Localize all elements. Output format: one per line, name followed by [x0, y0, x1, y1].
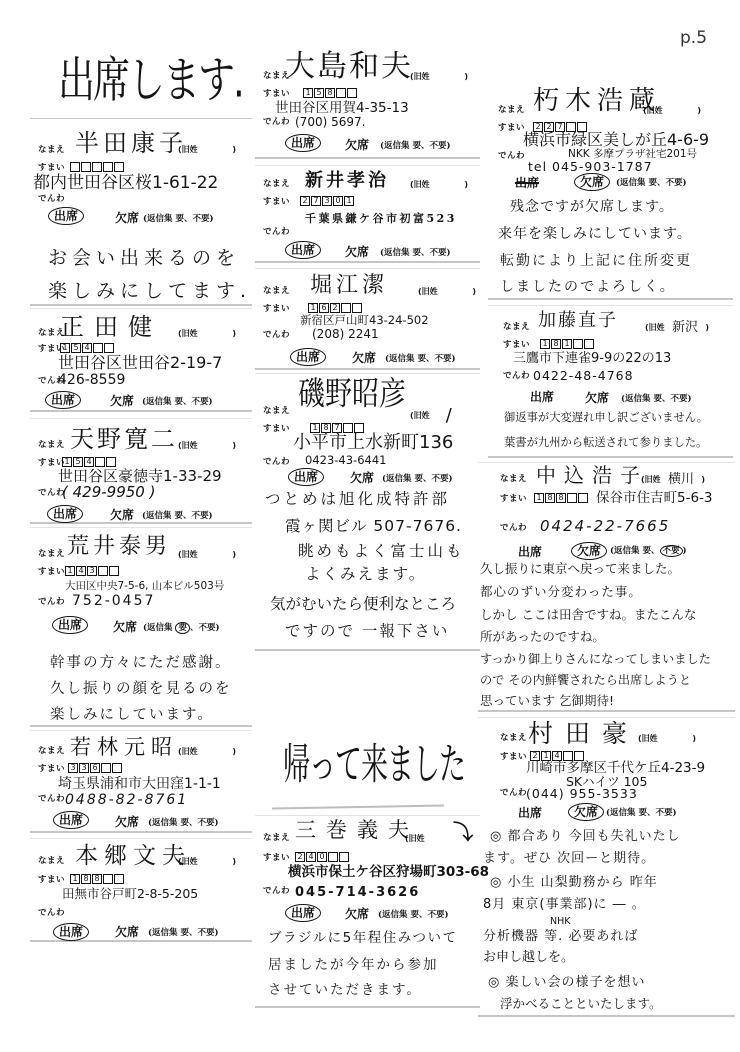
guest-name: 大島和夫: [285, 52, 413, 82]
rsvp-card: なまえ 村田豪 (旧姓) すまい 214 川崎市多摩区千代ケ丘4-23-9 SK…: [478, 717, 735, 1017]
guest-name: 本郷文夫: [75, 845, 191, 868]
maiden-name-field: (旧姓/: [410, 407, 468, 425]
rsvp-card: なまえ 中込浩子 (旧姓横川) すまい 188 保谷市住吉町5-6-3 でんわ …: [478, 462, 735, 712]
maiden-open-label: (旧姓: [410, 412, 430, 420]
maiden-close-label: ): [464, 181, 468, 189]
reply-separator: 、: [184, 214, 193, 224]
postal-digit: [98, 566, 108, 576]
maiden-open-label: (旧姓: [178, 551, 198, 559]
name-label: なまえ: [500, 734, 527, 743]
name-label: なまえ: [503, 323, 530, 332]
reply-yes: 要: [175, 622, 190, 634]
address-text: 世田谷区豪徳寺1-33-29: [58, 469, 222, 484]
absent-option: 欠席: [585, 391, 609, 405]
postal-digit: 1: [534, 493, 544, 503]
absent-option: 欠席: [110, 394, 134, 408]
reply-yes: 要: [410, 910, 419, 920]
attend-option: 出席: [515, 176, 539, 190]
postal-digit: 1: [60, 343, 70, 353]
reply-close: ): [215, 928, 219, 938]
maiden-name-field: (旧姓): [178, 146, 236, 154]
reply-prefix: (返信集: [142, 511, 174, 521]
message-line: 転勤により上記に住所変更: [500, 254, 692, 268]
postal-code-boxes: 188: [70, 874, 124, 884]
reply-preference: (返信集 要、不要): [143, 213, 214, 225]
reply-no: 不要: [432, 474, 449, 484]
guest-name: 若林元昭: [70, 737, 178, 758]
postal-digit: 6: [90, 763, 100, 773]
maiden-name-field: (旧姓): [410, 73, 468, 81]
attend-option: 出席: [290, 348, 326, 366]
postal-code-boxes: [70, 162, 124, 172]
guest-name: 新井孝治: [305, 172, 389, 190]
rsvp-card: なまえ 本郷文夫 (旧姓) すまい 188 田無市谷戸町2-8-5-205 でん…: [30, 838, 252, 942]
phone-text: 045-714-3626: [295, 886, 420, 899]
phone-text: 0422-48-4768: [533, 370, 634, 383]
absent-option: 欠席: [115, 925, 139, 939]
postal-digit: [573, 339, 583, 349]
rsvp-card: なまえ 堀江潔 (旧姓) すまい 162 新宿区戸山町43-24-502 でんわ…: [255, 268, 480, 370]
maiden-name-field: (旧姓: [405, 835, 435, 843]
heading-returned: 帰って来ました: [283, 744, 465, 787]
address-label: すまい: [498, 124, 525, 133]
maiden-close-label: ): [705, 324, 709, 332]
reply-separator: 、: [189, 818, 198, 828]
name-label: なまえ: [38, 550, 65, 559]
phone-label: でんわ: [498, 152, 525, 161]
reply-yes: 要: [180, 928, 189, 938]
reply-preference: (返信集 要、不要): [142, 510, 213, 522]
absent-option: 欠席: [110, 508, 134, 522]
reply-preference: (返信集 要、不要): [378, 909, 449, 921]
guest-name: 半田康子: [75, 131, 187, 155]
postal-code-boxes: 336: [68, 763, 122, 773]
reply-preference: (返信集 要、不要): [610, 545, 687, 557]
address-text: 世田谷区用賀4-35-13: [275, 102, 409, 116]
maiden-open-label: (旧姓: [178, 748, 198, 756]
maiden-name-field: (旧姓横川): [641, 473, 705, 486]
reply-close: ): [673, 808, 677, 818]
guest-name: 加藤直子: [538, 312, 618, 330]
address-text: 保谷市住吉町5-6-3: [596, 492, 713, 506]
phone-label: でんわ: [38, 195, 65, 204]
maiden-open-label: (旧姓: [418, 288, 438, 296]
maiden-open-label: (旧姓: [178, 858, 198, 866]
attend-option: 出席: [530, 390, 554, 404]
scanned-page: p.5 出席します. 帰って来ました なまえ 半田康子 (旧姓) すまい 都内世…: [0, 0, 740, 1052]
reply-yes: 要: [653, 394, 662, 404]
reply-preference: (返信集 要、不要): [382, 473, 453, 485]
reply-close: ): [449, 474, 453, 484]
reply-prefix: (返信集: [142, 397, 174, 407]
maiden-close-label: ): [232, 748, 236, 756]
reply-close: ): [447, 141, 451, 151]
reply-no: 不要: [428, 910, 445, 920]
address-label: すまい: [263, 90, 290, 99]
absent-option: 欠席: [568, 803, 604, 821]
phone-label: でんわ: [38, 598, 65, 607]
maiden-name-field: (旧姓): [178, 858, 236, 866]
postal-digit: 1: [540, 339, 550, 349]
rsvp-card: なまえ 三巻義夫 (旧姓 ⤵ すまい 240 横浜市保土ケ谷区狩場町303-68…: [255, 815, 480, 1008]
reply-separator: 、: [189, 928, 198, 938]
postal-digit: 2: [300, 196, 310, 206]
rsvp-card: なまえ 大島和夫 (旧姓) すまい 158 世田谷区用賀4-35-13 でんわ …: [255, 52, 480, 159]
message-line: ◎ 小生 山梨勤務から 昨年: [490, 876, 658, 889]
reply-prefix: (返信集: [382, 474, 414, 484]
reply-prefix: (返信集: [606, 808, 638, 818]
maiden-open-label: (旧姓: [638, 735, 658, 743]
postal-digit: 1: [308, 303, 318, 313]
reply-preference: (返信集 要、不要): [380, 247, 451, 259]
maiden-close-label: ): [464, 73, 468, 81]
address-text: 世田谷区世田谷2-19-7: [58, 355, 222, 371]
postal-digit: [103, 874, 113, 884]
postal-digit: 0: [333, 196, 343, 206]
phone-label: でんわ: [38, 795, 65, 804]
reply-close: ): [216, 623, 220, 633]
reply-preference: (返信集 要、不要): [142, 396, 213, 408]
guest-name: 中込浩子: [536, 465, 648, 485]
postal-digit: 1: [303, 88, 313, 98]
reply-close: ): [445, 910, 449, 920]
message-line: ですので 一報下さい: [285, 624, 449, 640]
message-line: 思っています 乞御期待!: [480, 695, 614, 708]
name-label: なまえ: [263, 407, 290, 416]
message-line: よくみえます。: [305, 567, 426, 583]
rsvp-card: なまえ 朽木浩蔵 (旧姓) すまい 227 横浜市緑区美しが丘4-6-9 でんわ…: [488, 88, 733, 300]
postal-digit: [578, 493, 588, 503]
attend-option: 出席: [285, 904, 321, 922]
message-line: ◎ 都合あり 今回も失礼いたし: [490, 830, 681, 843]
message-line: 分析機器 等. 必要あれば: [483, 930, 638, 943]
phone-label: でんわ: [263, 228, 290, 237]
reply-yes: 要: [417, 354, 426, 364]
address-text: 都内世田谷区桜1-61-22: [33, 175, 218, 192]
postal-digit: 3: [87, 566, 97, 576]
postal-digit: 1: [65, 566, 75, 576]
message-line: 楽しみにしています。: [50, 708, 214, 723]
message-line: ◎ 楽しい会の様子を想い: [488, 976, 645, 989]
address-text: 新宿区戸山町43-24-502: [300, 315, 429, 327]
address-label: すまい: [38, 876, 65, 885]
postal-digit: 3: [322, 196, 332, 206]
postal-digit: [341, 303, 351, 313]
message-line: つとめは旭化成特許部: [265, 492, 450, 508]
rsvp-card: なまえ 磯野昭彦 (旧姓/ すまい 187 小平市上水新町136 でんわ 042…: [255, 373, 480, 651]
postal-digit: 1: [562, 339, 572, 349]
reply-preference: (返信集 要、不要): [606, 807, 677, 819]
postal-digit: 4: [76, 566, 86, 576]
phone-label: でんわ: [500, 789, 527, 798]
rsvp-card: なまえ 荒井泰男 (旧姓) すまい 143 大田区中央7-5-6, 山本ビル50…: [30, 527, 252, 727]
maiden-open-label: (旧姓: [178, 442, 198, 450]
attend-option: 出席: [45, 391, 81, 409]
heading-underline: [272, 804, 444, 809]
phone-text: tel 045-903-1787: [528, 161, 653, 174]
reply-prefix: (返信集: [610, 546, 642, 556]
address-text: 田無市谷戸町2-8-5-205: [62, 888, 198, 901]
phone-text: ( 429-9950 ): [62, 485, 155, 500]
maiden-name-field: (旧姓): [643, 107, 701, 115]
postal-digit: 3: [79, 763, 89, 773]
message-line: 眺めもよく富士山も: [298, 544, 465, 560]
postal-digit: 0: [317, 852, 327, 862]
guest-name: 天野寛二: [70, 427, 178, 451]
reply-separator: 、: [421, 141, 430, 151]
reply-prefix: (返信集: [380, 141, 412, 151]
absent-option: 欠席: [345, 245, 369, 259]
postal-digit: [70, 162, 80, 172]
maiden-name-field: (旧姓): [410, 181, 468, 189]
reply-close: ): [210, 214, 214, 224]
name-label: なまえ: [38, 441, 65, 450]
maiden-close-label: ): [232, 858, 236, 866]
postal-digit: 3: [68, 763, 78, 773]
reply-close: ): [683, 546, 687, 556]
guest-name: 三巻義夫: [295, 820, 419, 841]
arrow-mark: ⤵: [453, 822, 473, 842]
address-label: すまい: [503, 341, 530, 350]
postal-code-boxes: 188: [534, 493, 588, 503]
reply-separator: 、: [657, 178, 666, 188]
address-text: 千葉県鎌ケ谷市初富523: [305, 213, 457, 224]
postal-digit: 4: [306, 852, 316, 862]
postal-digit: 1: [344, 196, 354, 206]
name-label: なまえ: [500, 475, 527, 484]
reply-preference: (返信集 要、不要): [621, 393, 692, 405]
reply-prefix: (返信集: [378, 910, 410, 920]
message-line: すっかり御上りさんになってしまいました: [480, 653, 711, 665]
reply-yes: 要: [414, 474, 423, 484]
maiden-close-label: ): [701, 476, 705, 484]
phone-label: でんわ: [263, 118, 290, 127]
phone-text: 426-8559: [58, 373, 125, 387]
address-label: すまい: [500, 495, 527, 504]
postal-digit: [328, 852, 338, 862]
absent-option: 欠席: [571, 542, 607, 560]
message-line: しかし ここは田舎ですね。またこんな: [480, 609, 696, 622]
address-note: NKK 多摩プラザ社宅201号: [568, 149, 697, 160]
postal-code-boxes: 158: [303, 88, 357, 98]
postal-digit: [584, 339, 594, 349]
address-label: すまい: [263, 198, 290, 207]
reply-prefix: (返信集: [143, 214, 175, 224]
maiden-name-value: /: [430, 407, 468, 425]
postal-digit: 8: [545, 493, 555, 503]
name-label: なまえ: [263, 180, 290, 189]
phone-text: (700) 5697.: [295, 116, 365, 128]
reply-preference: (返信集 要、不要): [380, 140, 451, 152]
postal-digit: 2: [295, 852, 305, 862]
phone-label: でんわ: [503, 372, 530, 381]
reply-close: ): [688, 394, 692, 404]
maiden-name-value: 横川: [661, 473, 702, 486]
address-text: 横浜市保土ケ谷区狩場町303-68: [288, 866, 489, 880]
reply-yes: 要: [175, 214, 184, 224]
name-label: なまえ: [263, 287, 290, 296]
reply-separator: 、: [662, 394, 671, 404]
reply-yes: 要: [174, 397, 183, 407]
postal-digit: [92, 162, 102, 172]
reply-no: 不要: [430, 248, 447, 258]
rsvp-card: なまえ 加藤直子 (旧姓新沢) すまい 181 三鷹市下連雀9-9の22の13 …: [488, 305, 733, 458]
postal-digit: [114, 874, 124, 884]
phone-text: 0488-82-8761: [65, 793, 188, 807]
reply-yes: 要: [642, 546, 651, 556]
reply-no: 不要: [193, 214, 210, 224]
postal-digit: [81, 162, 91, 172]
phone-label: でんわ: [38, 909, 65, 918]
postal-digit: 6: [319, 303, 329, 313]
message-line: 久し振りの顔を見るのを: [50, 682, 232, 697]
reply-preference: (返信集 要、不要): [143, 622, 220, 634]
maiden-close-label: ): [472, 288, 476, 296]
reply-prefix: (返信集: [148, 818, 180, 828]
attend-option: 出席: [47, 505, 83, 523]
phone-text: 0423-43-6441: [305, 455, 386, 467]
handwritten-annotation: NHK: [550, 917, 570, 927]
address-text: 三鷹市下連雀9-9の22の13: [513, 352, 671, 365]
maiden-open-label: (旧姓: [178, 146, 198, 154]
heading-attending: 出席します.: [58, 56, 243, 104]
reply-separator: 、: [423, 474, 432, 484]
maiden-name-field: (旧姓): [178, 442, 236, 450]
postal-digit: [567, 493, 577, 503]
reply-yes: 要: [412, 141, 421, 151]
phone-text: 0424-22-7665: [540, 519, 670, 534]
message-line: 幹事の方々にただ感謝。: [50, 656, 232, 671]
rsvp-card: なまえ 半田康子 (旧姓) すまい 都内世田谷区桜1-61-22 でんわ 出席 …: [30, 118, 252, 306]
attend-option: 出席: [518, 806, 542, 820]
absent-option: 欠席: [115, 211, 139, 225]
message-line: 居ましたが今年から参加: [268, 959, 439, 973]
message-line: 御返事が大変遅れ申し訳ございません。: [504, 412, 708, 423]
postal-digit: [339, 852, 349, 862]
postal-digit: [114, 162, 124, 172]
reply-no: 不要: [430, 141, 447, 151]
reply-close: ): [209, 511, 213, 521]
reply-close: ): [215, 818, 219, 828]
postal-code-boxes: 162: [308, 303, 362, 313]
guest-name: 荒井泰男: [67, 536, 171, 558]
reply-no: 不要: [199, 623, 216, 633]
rsvp-card: なまえ 若林元昭 (旧姓) すまい 336 埼玉県浦和市大田窪1-1-1 でんわ…: [30, 730, 252, 833]
reply-separator: 、: [647, 808, 656, 818]
maiden-open-label: (旧姓: [178, 330, 198, 338]
message-line: 葉書が九州から転送されて参りました。: [504, 437, 707, 448]
message-line: ます。ぜひ 次回ーと期待。: [483, 852, 655, 865]
maiden-close-label: ): [692, 735, 696, 743]
message-line: 来年を楽しみにしています。: [498, 227, 692, 241]
reply-no: 不要: [435, 354, 452, 364]
absent-option: 欠席: [352, 351, 376, 365]
phone-label: でんわ: [38, 489, 65, 498]
postal-digit: [93, 343, 103, 353]
postal-code-boxes: 154: [60, 343, 114, 353]
maiden-open-label: (旧姓: [643, 107, 663, 115]
guest-name: 磯野昭彦: [298, 378, 406, 410]
reply-yes: 要: [638, 808, 647, 818]
message-line: ブラジルに5年程住みついて: [268, 932, 457, 946]
postal-digit: [347, 88, 357, 98]
message-line: 浮かべることといたします。: [500, 998, 662, 1011]
rsvp-card: なまえ 天野寛二 (旧姓) すまい 154 世田谷区豪徳寺1-33-29 でんわ…: [30, 418, 252, 524]
postal-digit: 5: [71, 343, 81, 353]
attend-option: 出席: [285, 241, 321, 259]
postal-digit: 4: [84, 457, 94, 467]
message-line: 楽しみにしてます.: [48, 282, 251, 301]
reply-no: 不要: [198, 928, 215, 938]
maiden-open-label: (旧姓: [645, 324, 665, 332]
reply-no: 不要: [192, 397, 209, 407]
reply-close: ): [452, 354, 456, 364]
attend-option: 出席: [288, 468, 324, 486]
postal-code-boxes: 154: [62, 457, 116, 467]
reply-prefix: (返信集: [616, 178, 648, 188]
reply-yes: 要: [174, 511, 183, 521]
maiden-close-label: ): [232, 551, 236, 559]
postal-digit: [352, 303, 362, 313]
postal-digit: [103, 162, 113, 172]
reply-yes: 要: [412, 248, 421, 258]
name-label: なまえ: [38, 146, 65, 155]
maiden-open-label: (旧姓: [405, 835, 425, 843]
reply-separator: 、: [183, 511, 192, 521]
address-text: 横浜市緑区美しが丘4-6-9: [523, 132, 709, 148]
reply-close: ): [209, 397, 213, 407]
absent-option: 欠席: [115, 815, 139, 829]
postal-digit: [95, 457, 105, 467]
rsvp-card: なまえ 新井孝治 (旧姓) すまい 27301 千葉県鎌ケ谷市初富523 でんわ…: [255, 165, 480, 263]
absent-option: 欠席: [345, 138, 369, 152]
name-label: なまえ: [38, 857, 65, 866]
name-label: なまえ: [498, 106, 525, 115]
address-label: すまい: [38, 568, 65, 577]
reply-separator: 、: [421, 248, 430, 258]
postal-digit: 2: [330, 303, 340, 313]
attend-option: 出席: [52, 616, 88, 634]
message-line: 都心のずい分変わった事。: [480, 586, 642, 599]
phone-label: でんわ: [263, 458, 290, 467]
maiden-name-field: (旧姓): [418, 288, 476, 296]
guest-name: 堀江潔: [310, 275, 388, 297]
reply-preference: (返信集 要、不要): [385, 353, 456, 365]
maiden-name-field: (旧姓): [178, 330, 236, 338]
message-line: 残念ですが欠席します。: [510, 200, 674, 214]
reply-no: 不要: [666, 178, 683, 188]
message-line: させていただきます。: [268, 984, 422, 998]
reply-separator: 、: [651, 546, 660, 556]
phone-text: (208) 2241: [312, 328, 379, 340]
postal-digit: 1: [70, 874, 80, 884]
maiden-close-label: ): [232, 146, 236, 154]
message-line: 所があったのですね。: [480, 631, 605, 644]
message-line: ので その内鮮饗されたら出席しようと: [480, 674, 691, 686]
reply-prefix: (返信集: [385, 354, 417, 364]
maiden-open-label: (旧姓: [641, 476, 661, 484]
address-label: すまい: [500, 753, 527, 762]
maiden-name-field: (旧姓): [178, 551, 236, 559]
attend-option: 出席: [285, 134, 321, 152]
address-label: すまい: [38, 164, 65, 173]
address-label: すまい: [263, 305, 290, 314]
absent-option: 欠席: [113, 620, 137, 634]
address-text: 大田区中央7-5-6, 山本ビル503号: [65, 581, 224, 592]
phone-label: でんわ: [500, 524, 527, 533]
reply-no: 不要: [660, 545, 683, 557]
guest-name: 朽木浩蔵: [533, 88, 661, 114]
